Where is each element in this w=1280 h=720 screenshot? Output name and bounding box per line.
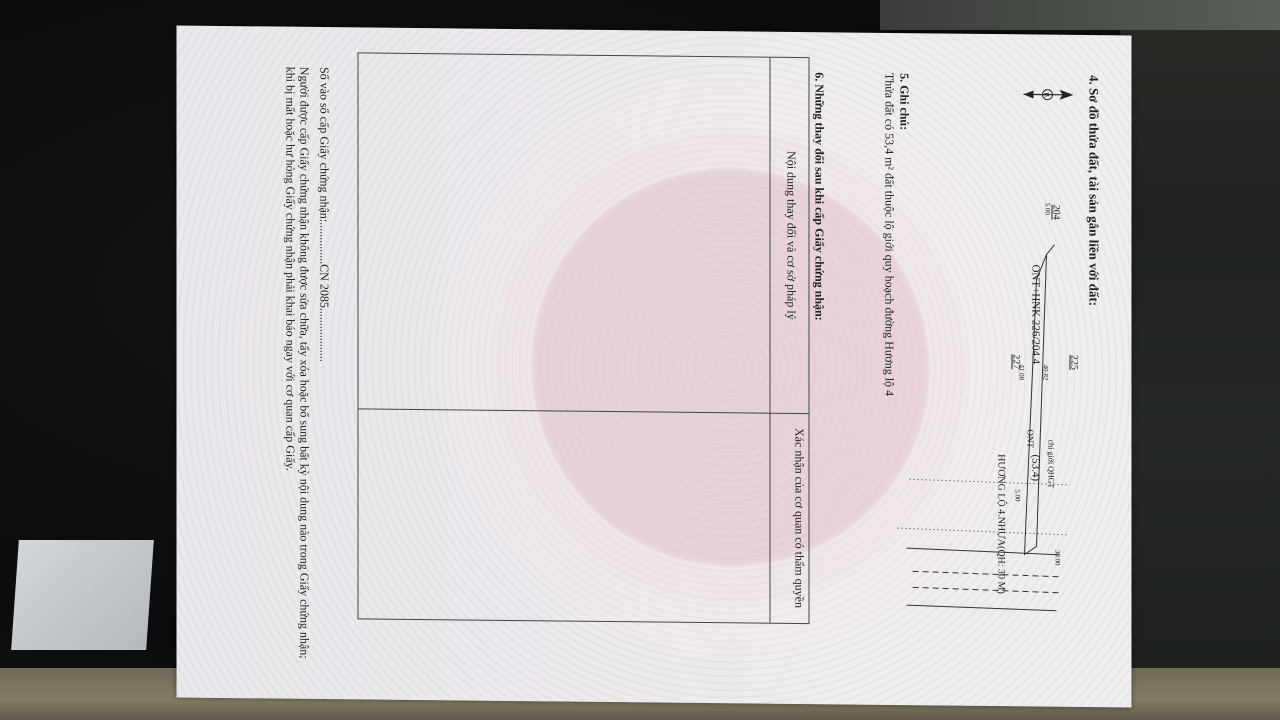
changes-table-header: Nội dung thay đổi và cơ sở pháp lý Xác n… (770, 58, 809, 623)
section-5: 5. Ghi chú: Thửa đất có 53,4 m² đất thuộ… (882, 73, 912, 396)
background-surface-top (880, 0, 1280, 30)
section-4-title: 4. Sơ đồ thửa đất, tài sản gắn liền với … (1086, 75, 1102, 306)
adjacent-parcel-225: 225 (1069, 355, 1080, 370)
table-column-divider (359, 408, 809, 414)
svg-text:B: B (1043, 92, 1051, 97)
road-width-label: 30.00 (1054, 550, 1062, 566)
parcel-label: ONT+HNK 226/204.4 (1030, 264, 1042, 364)
changes-table: Nội dung thay đổi và cơ sở pháp lý Xác n… (358, 52, 810, 624)
document-photo: 4. Sơ đồ thửa đất, tài sản gắn liền với … (177, 30, 1132, 702)
edge-length-top: 5.00 (1044, 203, 1052, 215)
edge-length-bottom: 5.00 (1014, 489, 1022, 501)
north-arrow-icon: B (1024, 86, 1074, 103)
boundary-label: chỉ giới QHGT (1047, 440, 1056, 489)
section-5-title: 5. Ghi chú: (897, 73, 912, 396)
parcel-area-label: (53.4) (1030, 454, 1042, 481)
edge-length-left: 41.08 (1018, 364, 1026, 380)
header-change-content: Nội dung thay đổi và cơ sở pháp lý (784, 58, 799, 413)
adjacent-parcel-204: 204 (1051, 205, 1062, 220)
background-surface-right (1120, 0, 1280, 720)
background-glare (11, 540, 154, 650)
road-label: HƯƠNG LỘ 4.NHỰA(QH: 30 M) (996, 454, 1007, 594)
certificate-page: 4. Sơ đồ thửa đất, tài sản gắn liền với … (177, 25, 1132, 707)
edge-length-right: 40.82 (1042, 365, 1050, 381)
parcel-sub-label: ONT (1026, 429, 1036, 448)
registry-number: Số vào sổ cấp Giấy chứng nhận:..........… (317, 67, 332, 362)
section-6-title: 6. Những thay đổi sau khi cấp Giấy chứng… (812, 72, 827, 321)
section-5-text: Thửa đất có 53,4 m² đất thuộc lộ giới qu… (882, 73, 897, 396)
notice-text: Người được cấp Giấy chứng nhận không đượ… (284, 67, 312, 669)
header-authority-confirmation: Xác nhận của cơ quan có thẩm quyền (792, 413, 807, 623)
